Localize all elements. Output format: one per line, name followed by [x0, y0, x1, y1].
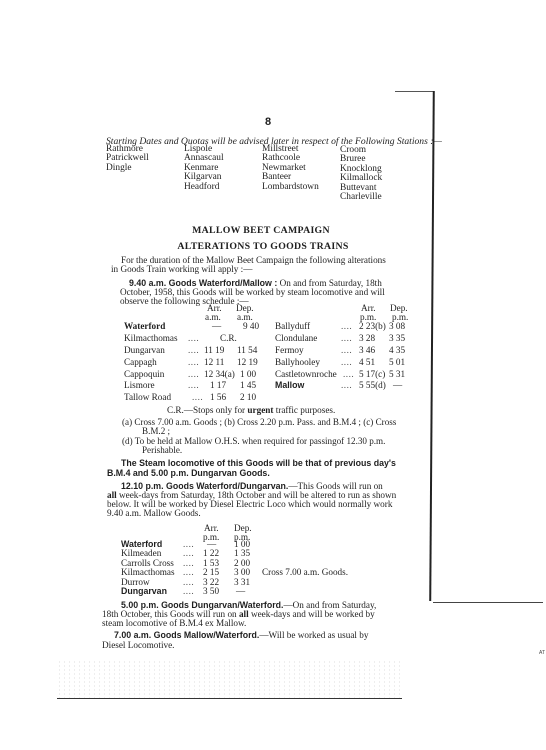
leader-dots: .... — [341, 357, 352, 369]
station-column-1: Rathmore Patrickwell Dingle — [106, 145, 149, 173]
leader-dots: .... — [343, 369, 354, 381]
margin-mark: AT — [539, 650, 545, 656]
station-cell: Castletownroche — [275, 369, 337, 381]
table-row: Tallow Road .... 1 56 2 10 — [0, 392, 280, 404]
remark-cell: Cross 7.00 a.m. Goods. — [262, 568, 348, 577]
table-row: Durrow .... 3 22 3 31 — [0, 578, 546, 587]
leader-dots: .... — [183, 587, 194, 596]
cr-note: C.R.—Stops only for urgent traffic purpo… — [167, 405, 335, 415]
leader-dots: .... — [341, 380, 352, 392]
station-column-3: Millstreet Rathcoole Newmarket Banteer L… — [262, 145, 319, 192]
station-name: Charleville — [340, 193, 382, 202]
note-abc-line-2: B.M.2 ; — [142, 426, 170, 436]
dep-cell: 2 10 — [240, 392, 256, 404]
table-row: Clondulane .... 3 28 3 35 — [0, 333, 546, 345]
station-column-2: Lispole Annascaul Kenmare Kilgarvan Head… — [184, 145, 224, 192]
table-row: Ballyhooley .... 4 51 5 01 — [0, 357, 546, 369]
scan-noise — [57, 660, 402, 698]
train-940-table-right: Ballyduff .... 2 23(b) 3 08 Clondulane .… — [0, 321, 546, 392]
arr-cell: 4 51 — [359, 357, 375, 369]
train-1210-table: Waterford .... — 1 00 Kilmeaden .... 1 2… — [0, 540, 546, 596]
train-700-line-1: 7.00 a.m. Goods Mallow/Waterford.—Will b… — [114, 630, 368, 640]
station-cell: Tallow Road — [124, 392, 171, 404]
page-number: 8 — [265, 116, 271, 128]
station-cell: Ballyduff — [275, 321, 310, 333]
campaign-subtitle: ALTERATIONS TO GOODS TRAINS — [0, 241, 536, 252]
train-700-line-2: Diesel Locomotive. — [102, 640, 174, 650]
page-border-corner — [433, 602, 543, 603]
campaign-title: MALLOW BEET CAMPAIGN — [0, 225, 534, 236]
table-row: Mallow .... 5 55(d) — — [0, 380, 546, 392]
table-row: Kilmeaden .... 1 22 1 35 — [0, 549, 546, 558]
cr-note-text: C.R.—Stops only for — [167, 405, 247, 415]
train-940-line-3: observe the following schedule :— — [120, 296, 249, 306]
table-row: Castletownroche .... 5 17(c) 5 31 — [0, 369, 546, 381]
leader-dots: .... — [341, 333, 352, 345]
train-700-text-1: —Will be worked as usual by — [259, 630, 368, 640]
train-500-text-2b: week-days and will be worked by — [249, 609, 375, 619]
table-row: Waterford .... — 1 00 — [0, 540, 546, 549]
arr-cell: 3 28 — [359, 333, 375, 345]
arr-cell: 5 55(d) — [359, 380, 386, 392]
table-row: Dungarvan .... 3 50 — — [0, 587, 546, 596]
cr-note-text: traffic purposes. — [273, 405, 335, 415]
station-cell: Ballyhooley — [275, 357, 320, 369]
intro-line-2: in Goods Train working will apply :— — [111, 264, 252, 274]
arr-cell: 5 17(c) — [359, 369, 385, 381]
table-row: Ballyduff .... 2 23(b) 3 08 — [0, 321, 546, 333]
arr-cell: 2 23(b) — [359, 321, 386, 333]
dep-cell: 5 31 — [389, 369, 405, 381]
train-500-line-3: steam locomotive of B.M.4 ex Mallow. — [102, 618, 246, 628]
leader-dots: .... — [192, 392, 203, 404]
train-700-heading: 7.00 a.m. Goods Mallow/Waterford. — [114, 630, 259, 640]
page-border-bottom — [57, 698, 402, 699]
page-border-top — [395, 91, 433, 92]
station-column-4: Croom Bruree Knocklong Kilmallock Buttev… — [340, 146, 382, 202]
leader-dots: .... — [341, 345, 352, 357]
arr-cell: 3 50 — [203, 587, 219, 596]
arr-cell: 3 46 — [359, 345, 375, 357]
train-1210-line-4: 9.40 a.m. Mallow Goods. — [107, 508, 201, 518]
table-row: Kilmacthomas .... 2 15 3 00 Cross 7.00 a… — [0, 568, 546, 577]
station-cell: Fermoy — [275, 345, 304, 357]
dep-cell: 3 08 — [389, 321, 405, 333]
dep-cell: 4 35 — [389, 345, 405, 357]
station-name: Headford — [184, 183, 224, 192]
station-cell: Clondulane — [275, 333, 317, 345]
dep-cell: 5 01 — [389, 357, 405, 369]
cr-note-bold: urgent — [247, 405, 273, 415]
steam-note-line-1: The Steam locomotive of this Goods will … — [121, 458, 396, 468]
leader-dots: .... — [341, 321, 352, 333]
arr-cell: 1 56 — [210, 392, 226, 404]
dep-cell: — — [236, 587, 245, 596]
dep-cell: — — [393, 380, 402, 392]
dep-cell: 3 35 — [389, 333, 405, 345]
station-name: Lombardstown — [262, 183, 319, 192]
station-cell: Dungarvan — [121, 587, 167, 596]
note-d-line-2: Perishable. — [142, 445, 182, 455]
steam-note-line-2: B.M.4 and 5.00 p.m. Dungarvan Goods. — [107, 468, 270, 478]
table-row: Fermoy .... 3 46 4 35 — [0, 345, 546, 357]
station-name: Dingle — [106, 164, 149, 173]
station-cell: Mallow — [275, 380, 304, 392]
